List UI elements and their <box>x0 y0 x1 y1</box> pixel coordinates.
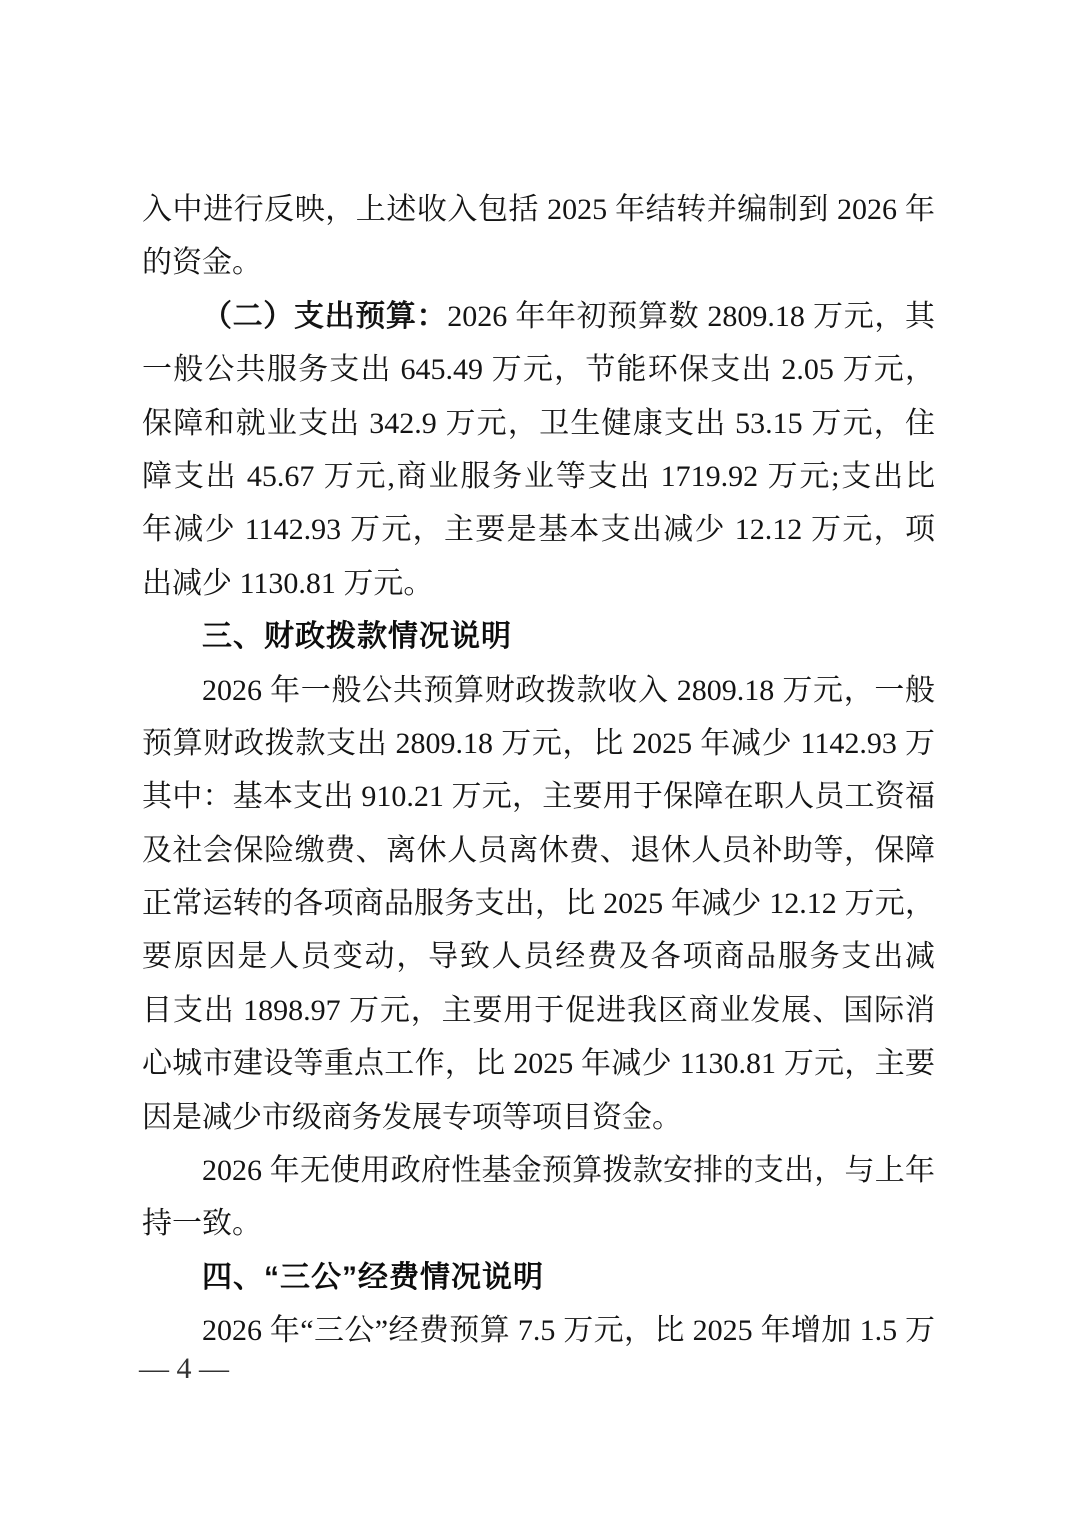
para-three-public-expenses-line: 2026 年“三公”经费预算 7.5 万元，比 2025 年增加 1.5 万元。 <box>142 1304 935 1357</box>
para-expenditure-budget-line: （二）支出预算：2026 年年初预算数 2809.18 万元，其中： <box>142 290 935 343</box>
para-expenditure-budget-line: 障支出 45.67 万元,商业服务业等支出 1719.92 万元;支出比 202… <box>142 450 935 503</box>
para-fiscal-appropriation-line: 要原因是人员变动，导致人员经费及各项商品服务支出减少；项 <box>142 930 935 983</box>
para-expenditure-budget-line: 出减少 1130.81 万元。 <box>142 557 935 610</box>
para-fiscal-appropriation-line: 其中：基本支出 910.21 万元，主要用于保障在职人员工资福利 <box>142 770 935 823</box>
page-number: — 4 — <box>139 1347 229 1391</box>
para-fiscal-appropriation-line: 2026 年一般公共预算财政拨款收入 2809.18 万元，一般公共 <box>142 664 935 717</box>
document-body: 入中进行反映，上述收入包括 2025 年结转并编制到 2026 年预算 的资金。… <box>142 183 935 1358</box>
document-page: 入中进行反映，上述收入包括 2025 年结转并编制到 2026 年预算 的资金。… <box>0 0 1074 1520</box>
para-fiscal-appropriation-line: 正常运转的各项商品服务支出，比 2025 年减少 12.12 万元，主 <box>142 877 935 930</box>
para-fiscal-appropriation-line: 目支出 1898.97 万元，主要用于促进我区商业发展、国际消费中 <box>142 984 935 1037</box>
para-expenditure-budget-line: 年减少 1142.93 万元，主要是基本支出减少 12.12 万元，项目支 <box>142 503 935 556</box>
para-income-continuation-line: 的资金。 <box>142 236 935 289</box>
para-fiscal-appropriation-line: 因是减少市级商务发展专项等项目资金。 <box>142 1091 935 1144</box>
subsection-label-expenditure-budget: （二）支出预算： <box>202 300 447 333</box>
para-fiscal-appropriation-line: 预算财政拨款支出 2809.18 万元，比 2025 年减少 1142.93 万… <box>142 717 935 770</box>
para-fiscal-appropriation-line: 及社会保险缴费、离休人员离休费、退休人员补助等，保障部门 <box>142 824 935 877</box>
para-expenditure-budget-line: 一般公共服务支出 645.49 万元，节能环保支出 2.05 万元，社会 <box>142 343 935 396</box>
heading-three-public-expenses: 四、“三公”经费情况说明 <box>142 1251 935 1304</box>
para-expenditure-budget-line: 保障和就业支出 342.9 万元，卫生健康支出 53.15 万元，住房保 <box>142 397 935 450</box>
para-income-continuation-line: 入中进行反映，上述收入包括 2025 年结转并编制到 2026 年预算 <box>142 183 935 236</box>
para-gov-fund-line: 持一致。 <box>142 1197 935 1250</box>
heading-fiscal-appropriation: 三、财政拨款情况说明 <box>142 610 935 663</box>
para-gov-fund-line: 2026 年无使用政府性基金预算拨款安排的支出，与上年保 <box>142 1144 935 1197</box>
para-fiscal-appropriation-line: 心城市建设等重点工作，比 2025 年减少 1130.81 万元，主要原 <box>142 1037 935 1090</box>
